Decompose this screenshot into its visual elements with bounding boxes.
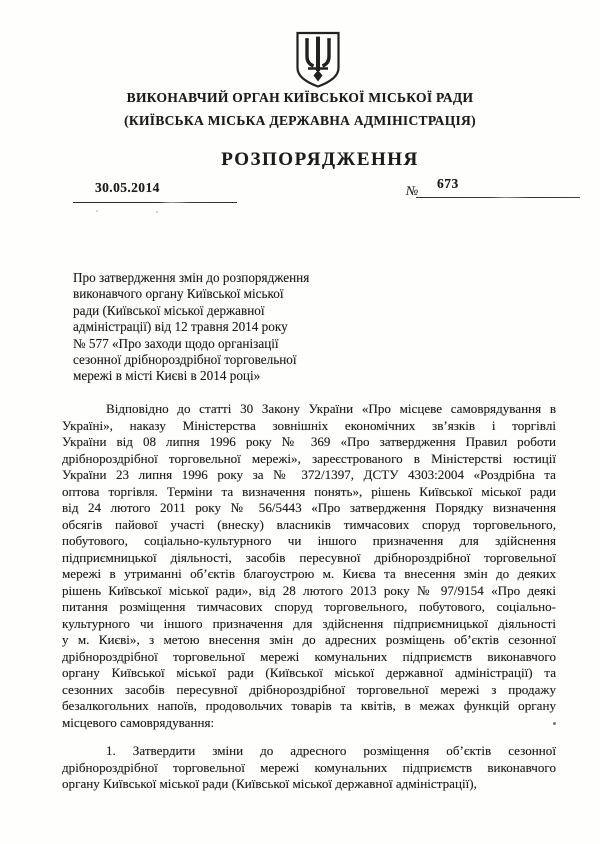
body-text-line: рішень Київської міської ради», від 28 л… xyxy=(62,583,556,600)
body-text-line: сезонних засобів пересувної дрібнороздрі… xyxy=(62,682,556,699)
body-paragraph-preamble: Відповідно до статті 30 Закону України «… xyxy=(62,401,556,731)
body-text-line: дрібнороздрібної торговельної мережі ком… xyxy=(62,649,556,666)
body-text-line: питання розміщення тимчасових споруд тор… xyxy=(62,599,556,616)
body-text-line: України 23 липня 1996 року за № 372/1397… xyxy=(62,467,556,484)
document-date: 30.05.2014 xyxy=(95,180,160,196)
document-type-title: РОЗПОРЯДЖЕННЯ xyxy=(0,149,600,171)
body-text-line: дрібнороздрібної торговельної мережі ком… xyxy=(62,760,556,777)
org-name-line-2: (КИЇВСЬКА МІСЬКА ДЕРЖАВНА АДМІНІСТРАЦІЯ) xyxy=(0,113,600,129)
body-text-line: місцевого самоврядування: xyxy=(62,715,556,732)
subject-block: Про затвердження змін до розпорядженняви… xyxy=(73,270,309,385)
subject-line: мережі в місті Києві в 2014 році» xyxy=(73,368,309,384)
body-text-line: культурного чи іншого призначення для зд… xyxy=(62,616,556,633)
scan-speck xyxy=(96,210,98,212)
subject-line: Про затвердження змін до розпорядження xyxy=(73,270,309,286)
scan-speck xyxy=(156,211,158,213)
body-text-line: підприємницької діяльності, засобів пере… xyxy=(62,550,556,567)
ukraine-trident-emblem-icon xyxy=(295,31,341,89)
document-number: 673 xyxy=(437,176,459,192)
document-body: Відповідно до статті 30 Закону України «… xyxy=(62,401,556,793)
body-text-line: Україні», наказу Міністерства зовнішніх … xyxy=(62,418,556,435)
scan-speck xyxy=(553,722,556,725)
scanned-document-page: ВИКОНАВЧИЙ ОРГАН КИЇВСЬКОЇ МІСЬКОЇ РАДИ … xyxy=(0,0,600,844)
body-text-line: від 24 лютого 2011 року № 56/5443 «Про з… xyxy=(62,500,556,517)
body-text-line: обсягів пайової участі (внеску) власникі… xyxy=(62,517,556,534)
body-text-line: 1. Затвердити зміни до адресного розміще… xyxy=(62,743,556,760)
body-text-line: мережі в утриманні об’єктів благоустрою … xyxy=(62,566,556,583)
subject-line: виконавчого органу Київської міської xyxy=(73,286,309,302)
body-text-line: дрібнороздрібної торговельної мережі», з… xyxy=(62,451,556,468)
subject-line: № 577 «Про заходи щодо організації xyxy=(73,336,309,352)
body-text-line: побутового, соціально-культурного чи інш… xyxy=(62,533,556,550)
subject-line: адміністрації) від 12 травня 2014 року xyxy=(73,319,309,335)
body-paragraph-item-1: 1. Затвердити зміни до адресного розміще… xyxy=(62,743,556,793)
body-text-line: у м. Києві», з метою внесення змін до ад… xyxy=(62,632,556,649)
body-text-line: оптова торгівля. Терміни та визначення п… xyxy=(62,484,556,501)
body-text-line: України від 08 липня 1996 року № 369 «Пр… xyxy=(62,434,556,451)
date-underline xyxy=(73,202,237,203)
number-underline xyxy=(416,197,580,198)
body-text-line: органу Київської міської ради (Київської… xyxy=(62,665,556,682)
body-text-line: безалкогольних напоїв, продовольчих това… xyxy=(62,698,556,715)
org-name-line-1: ВИКОНАВЧИЙ ОРГАН КИЇВСЬКОЇ МІСЬКОЇ РАДИ xyxy=(0,90,600,106)
body-text-line: Відповідно до статті 30 Закону України «… xyxy=(62,401,556,418)
subject-line: сезонної дрібнороздрібної торговельної xyxy=(73,352,309,368)
body-text-line: органу Київської міської ради (Київської… xyxy=(62,776,556,793)
subject-line: ради (Київської міської державної xyxy=(73,303,309,319)
